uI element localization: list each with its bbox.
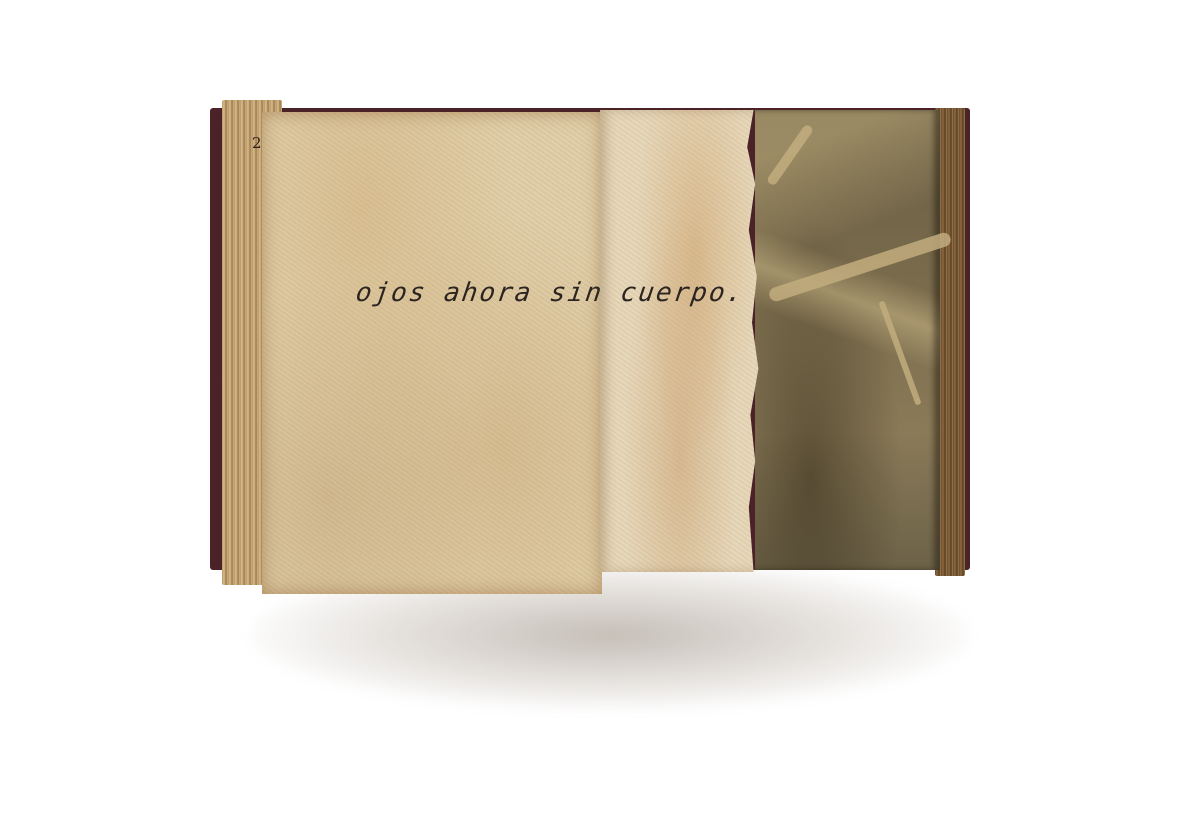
left-page [262, 112, 602, 594]
tree-branch [767, 231, 952, 303]
tree-branch [878, 300, 921, 405]
tree-photograph [755, 110, 940, 570]
handwritten-text: ojos ahora sin cuerpo. [354, 278, 747, 308]
book-photo-scene: 2 ojos ahora sin cuerpo. [0, 0, 1200, 827]
tree-branch [766, 123, 814, 186]
torn-page [600, 110, 760, 572]
page-number: 2 [252, 134, 262, 152]
